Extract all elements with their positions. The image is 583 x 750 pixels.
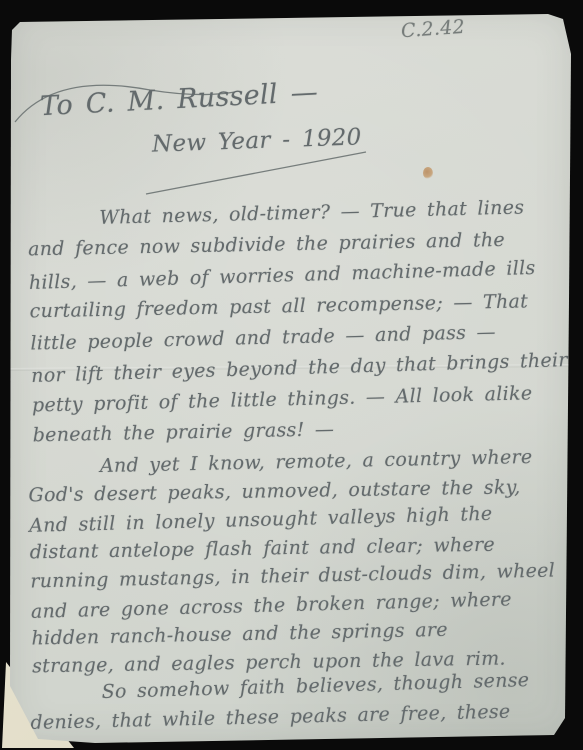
salutation-date: New Year - 1920 (152, 124, 362, 157)
rust-stain (423, 167, 433, 179)
paragraph-2: And yet I know, remote, a country where … (28, 443, 557, 682)
paragraph-3: So somehow faith believes, though sense … (29, 665, 530, 739)
letter-paper: C.2.42 To C. M. Russell — New Year - 192… (0, 0, 583, 750)
salutation-recipient: To C. M. Russell — (39, 77, 318, 123)
photo-backdrop: C.2.42 To C. M. Russell — New Year - 192… (0, 0, 583, 750)
paragraph-1: What news, old-timer? — True that lines … (27, 191, 570, 452)
catalog-annotation: C.2.42 (400, 16, 465, 42)
date-underline-flourish (146, 152, 366, 194)
